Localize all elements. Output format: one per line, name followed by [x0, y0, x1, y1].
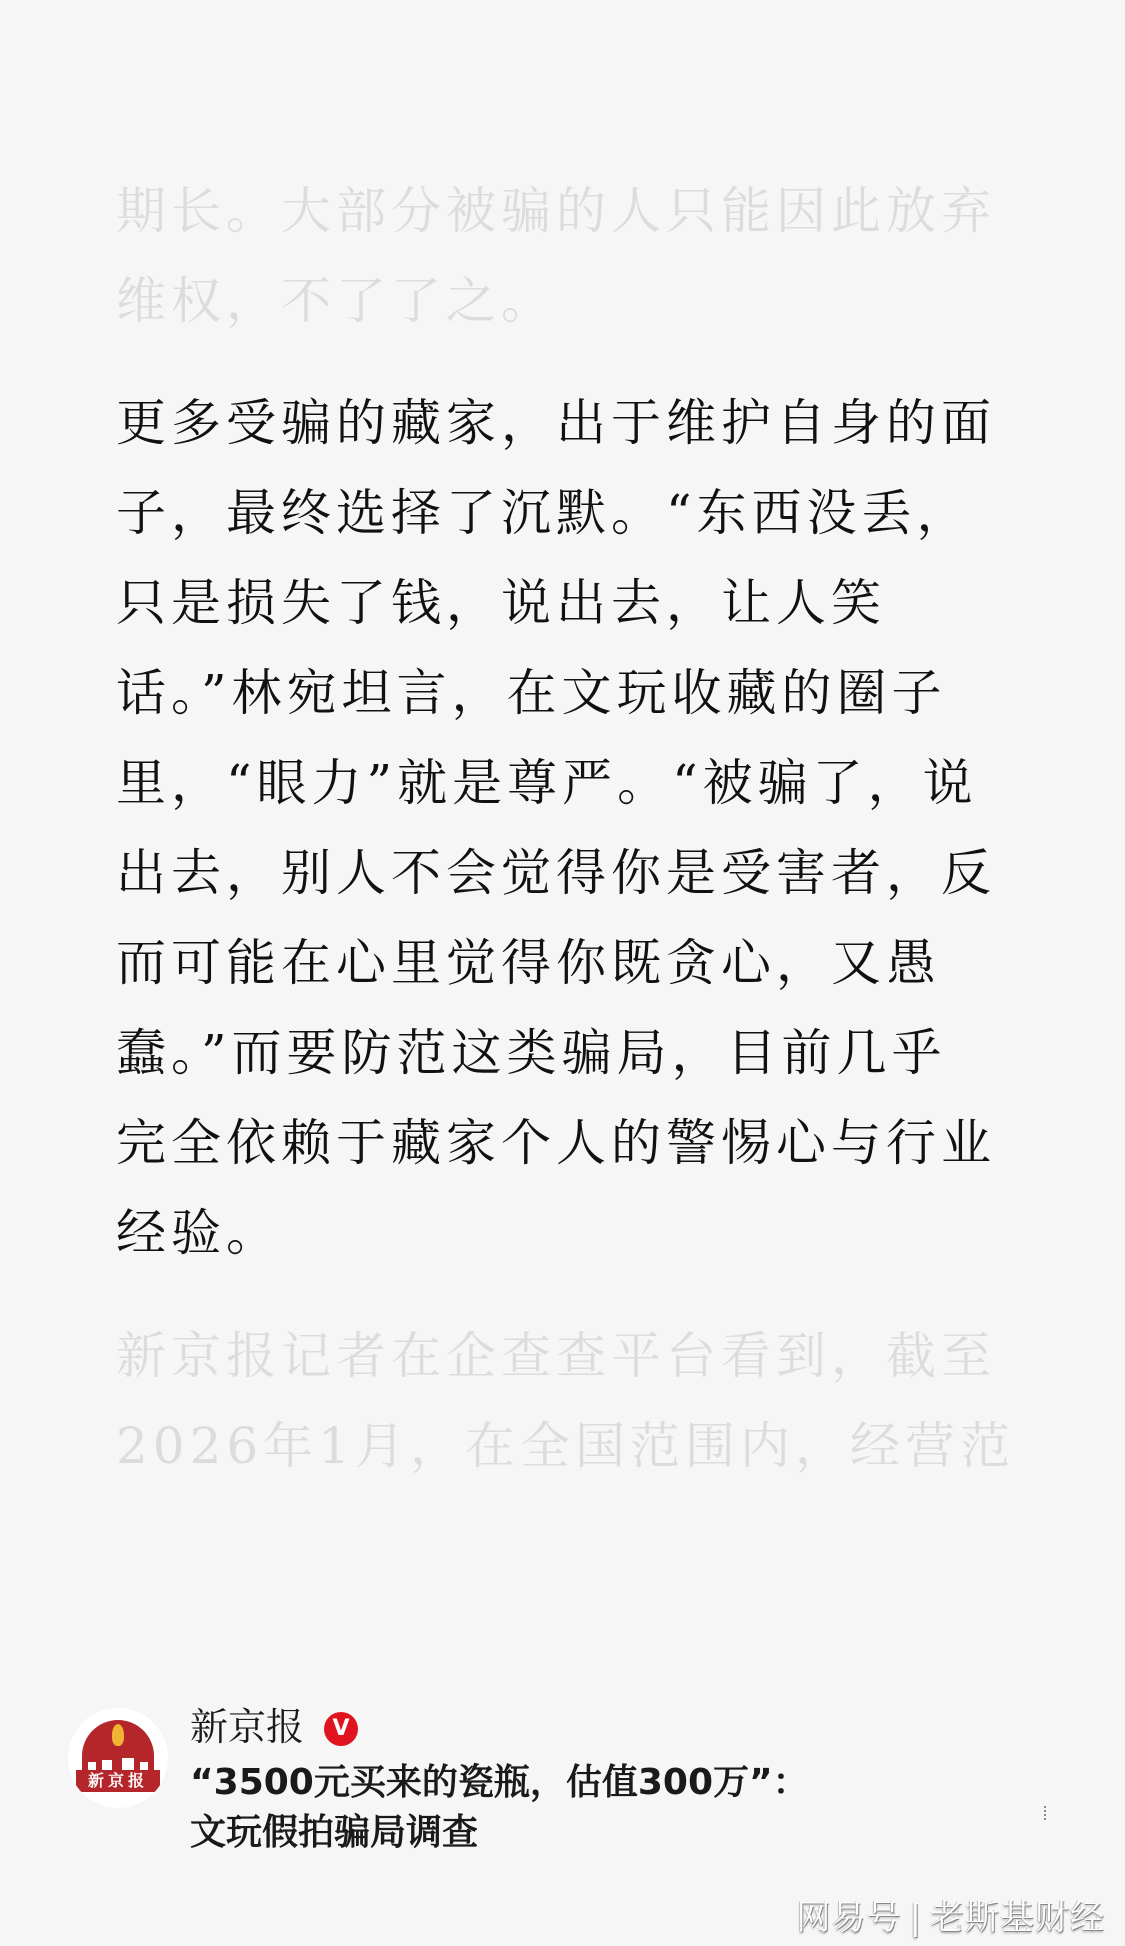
text-line: 新京报记者在企查查平台看到，截至 [116, 1311, 1016, 1401]
article-title-link[interactable]: “3500元买来的瓷瓶，估值300万”： 文玩假拍骗局调查 [190, 1758, 870, 1858]
watermark-account: 老斯基财经 [930, 1898, 1105, 1938]
text-line: 经验。 [116, 1188, 1016, 1278]
watermark-platform: 网易号 [797, 1898, 902, 1938]
text-line: 期长。大部分被骗的人只能因此放弃 [116, 166, 1016, 256]
text-line: 更多受骗的藏家，出于维护自身的面 [116, 378, 1016, 468]
faded-paragraph-bottom: 新京报记者在企查查平台看到，截至 2026年1月，在全国范围内，经营范 [116, 1311, 1016, 1491]
logo-flame-icon [112, 1724, 124, 1746]
text-line: 而可能在心里觉得你既贪心，又愚 [116, 918, 1016, 1008]
source-name[interactable]: 新京报 [190, 1704, 304, 1750]
text-line: 2026年1月，在全国范围内，经营范 [116, 1401, 1016, 1491]
text-line: 子，最终选择了沉默。“东西没丢， [116, 468, 1016, 558]
title-line: “3500元买来的瓷瓶，估值300万”： [190, 1758, 870, 1808]
text-line: 维权，不了了之。 [116, 256, 1016, 346]
verified-badge-icon: V [324, 1712, 358, 1746]
logo-skyline-icon [82, 1758, 154, 1770]
source-card[interactable]: 新京报 新京报 V “3500元买来的瓷瓶，估值300万”： 文玩假拍骗局调查 [68, 1700, 1058, 1860]
logo-banner: 新京报 [76, 1770, 160, 1792]
title-line: 文玩假拍骗局调查 [190, 1808, 870, 1858]
faded-paragraph-top: 期长。大部分被骗的人只能因此放弃 维权，不了了之。 [116, 166, 1016, 346]
text-line: 出去，别人不会觉得你是受害者，反 [116, 828, 1016, 918]
main-paragraph: 更多受骗的藏家，出于维护自身的面 子，最终选择了沉默。“东西没丢， 只是损失了钱… [116, 378, 1016, 1278]
text-line: 只是损失了钱，说出去，让人笑 [116, 558, 1016, 648]
text-line: 里，“眼力”就是尊严。“被骗了，说 [116, 738, 1016, 828]
artifact-mark [1044, 1806, 1050, 1820]
text-line: 话。”林宛坦言，在文玩收藏的圈子 [116, 648, 1016, 738]
source-avatar[interactable]: 新京报 [68, 1708, 168, 1808]
text-line: 完全依赖于藏家个人的警惕心与行业 [116, 1098, 1016, 1188]
watermark: 网易号|老斯基财经 [797, 1890, 1105, 1939]
text-line: 蠢。”而要防范这类骗局，目前几乎 [116, 1008, 1016, 1098]
watermark-separator: | [910, 1898, 922, 1938]
